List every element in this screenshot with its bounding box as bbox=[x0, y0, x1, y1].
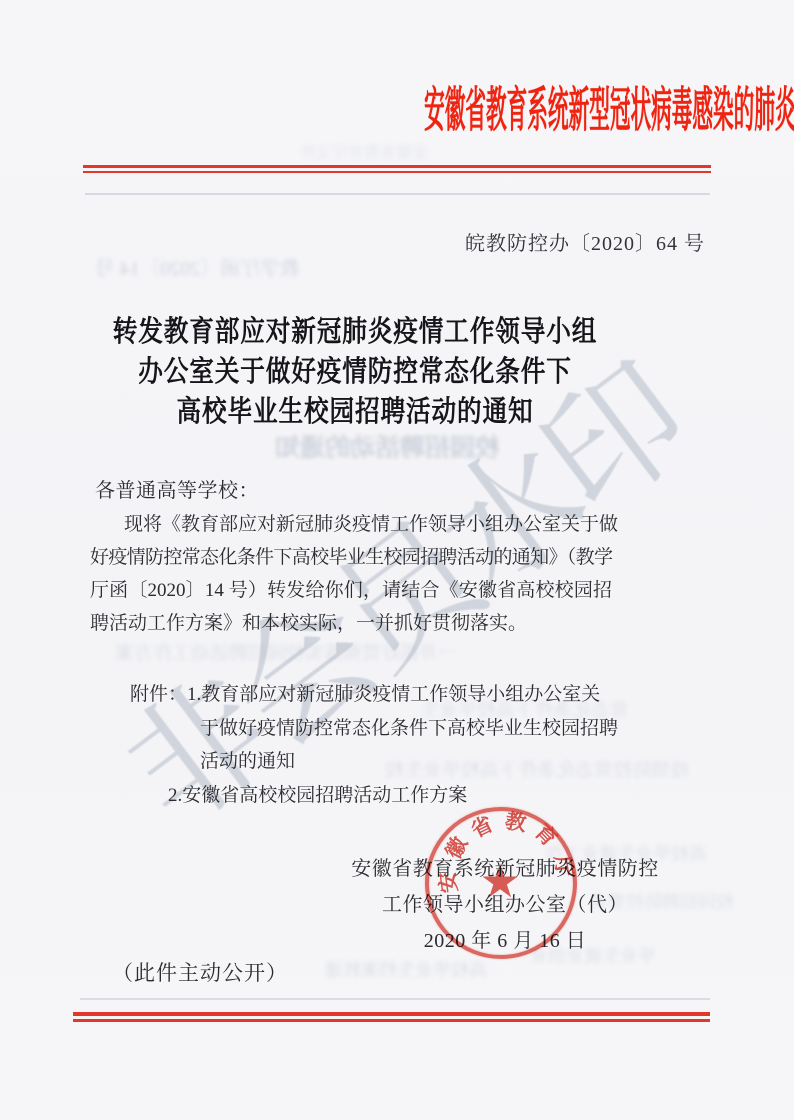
bleed-through-line bbox=[85, 193, 710, 195]
paragraph-line: 好疫情防控常态化条件下高校毕业生校园招聘活动的通知》（教学 bbox=[90, 541, 612, 574]
red-separator-top bbox=[83, 165, 711, 173]
paragraph-line: 聘活动工作方案》和本校实际，一并抓好贯彻落实。 bbox=[90, 607, 612, 640]
attachment-line: 2.安徽省高校校园招聘活动工作方案 bbox=[90, 779, 630, 813]
paragraph-line: 现将《教育部应对新冠肺炎疫情工作领导小组办公室关于做 bbox=[90, 508, 612, 541]
document-number: 皖教防控办〔2020〕64 号 bbox=[465, 227, 705, 256]
body-paragraph: 现将《教育部应对新冠肺炎疫情工作领导小组办公室关于做 好疫情防控常态化条件下高校… bbox=[90, 508, 612, 640]
attachment-line: 附件：1.教育部应对新冠肺炎疫情工作领导小组办公室关 bbox=[90, 678, 630, 712]
attachment-line: 于做好疫情防控常态化条件下高校毕业生校园招聘 bbox=[90, 712, 630, 746]
letterhead-organization-text: 安徽省教育系统新型冠状病毒感染的肺炎疫情防控工作领导小组办公室 bbox=[424, 80, 794, 142]
letterhead-organization: 安徽省教育系统新型冠状病毒感染的肺炎疫情防控工作领导小组办公室 bbox=[0, 80, 794, 142]
salutation: 各普通高等学校： bbox=[95, 474, 259, 503]
title-line: 转发教育部应对新冠肺炎疫情工作领导小组 bbox=[96, 312, 615, 352]
signature-date: 2020 年 6 月 16 日 bbox=[335, 923, 675, 959]
signature-org-line: 安徽省教育系统新冠肺炎疫情防控 bbox=[335, 851, 675, 887]
title-line: 办公室关于做好疫情防控常态化条件下 bbox=[96, 352, 615, 392]
document-title: 转发教育部应对新冠肺炎疫情工作领导小组 办公室关于做好疫情防控常态化条件下 高校… bbox=[96, 312, 615, 432]
signature-org-line: 工作领导小组办公室（代） bbox=[335, 887, 675, 923]
seal-char: 教 bbox=[503, 810, 528, 835]
title-line: 高校毕业生校园招聘活动的通知 bbox=[96, 392, 615, 432]
red-line-thin bbox=[83, 171, 711, 173]
red-separator-bottom bbox=[73, 1012, 710, 1022]
attachments-block: 附件：1.教育部应对新冠肺炎疫情工作领导小组办公室关 于做好疫情防控常态化条件下… bbox=[90, 678, 630, 812]
bleed-through-text: 教学厅函〔2020〕14 号 bbox=[95, 252, 300, 281]
signature-block: 安徽省教育系统新冠肺炎疫情防控 工作领导小组办公室（代） 2020 年 6 月 … bbox=[335, 851, 675, 959]
publicity-note: （此件主动公开） bbox=[112, 957, 288, 987]
bleed-through-text: 一并抓好贯彻落实校园招聘活动工作方案 bbox=[115, 638, 457, 665]
bleed-through-text: 安徽省教育厅文件 bbox=[300, 140, 428, 163]
bleed-through-line bbox=[80, 998, 710, 1000]
seal-char: 育 bbox=[530, 820, 561, 851]
attachment-line: 活动的通知 bbox=[90, 745, 630, 779]
bleed-through-text: 校园招聘活动的通知 bbox=[275, 428, 500, 464]
seal-char: 省 bbox=[467, 812, 496, 841]
paragraph-line: 厅函〔2020〕14 号）转发给你们，请结合《安徽省高校校园招 bbox=[90, 574, 612, 607]
bleed-through-text: 高校毕业生档案转递 bbox=[325, 956, 487, 982]
document-page: 教学厅函〔2020〕14 号 校园招聘活动的通知 一并抓好贯彻落实校园招聘活动工… bbox=[0, 0, 794, 1120]
red-line-thin bbox=[73, 1019, 710, 1022]
